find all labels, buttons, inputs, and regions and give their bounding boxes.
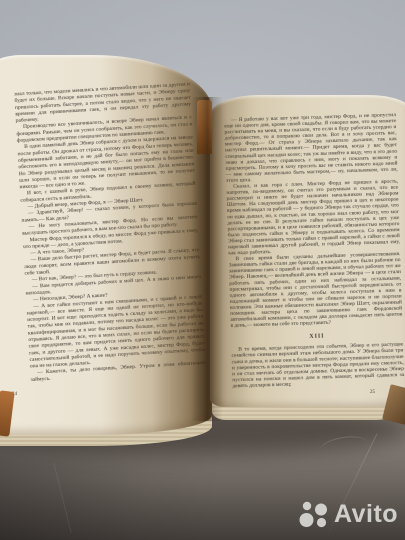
right-page: — Я работаю у вас вот уже три года, мист… [210, 95, 405, 407]
book-listing-photo: знал только, что модели менялись и что а… [0, 0, 405, 540]
paragraph: знал только, что модели менялись и что а… [14, 81, 192, 124]
avito-watermark: Avito [299, 496, 398, 532]
gutter-shadow [191, 97, 223, 421]
paragraph: — Вам придется добирать рабочих в мой це… [25, 273, 201, 296]
paragraph: — А вот гайки поступают к нам смешанными… [26, 293, 206, 370]
paragraph: — Я работаю у вас вот уже три года, мист… [224, 112, 398, 184]
paragraph: — Здравствуй, Эбнер! — сказал хозяин, у … [21, 200, 197, 223]
paragraph: Производство все увеличивалось, и вскоре… [16, 114, 193, 144]
paragraph: Мистер Форд торопился к обеду, но миссис… [22, 227, 198, 250]
paragraph: — Вот как, Эбнер? — это был путь к сердц… [25, 267, 201, 284]
watermark-text: Avito [334, 502, 398, 527]
avito-logo-icon [299, 499, 330, 530]
chapter-heading: XIII [231, 331, 403, 342]
paragraph: Сказал, и как гора с плеч. Мистер Форд н… [226, 178, 400, 256]
paragraph: — Ваше дело быстро растет, мистер Форд, … [24, 247, 201, 277]
left-page-text: знал только, что модели менялись и что а… [14, 81, 207, 383]
right-page-text: — Я работаю у вас вот уже три года, мист… [224, 112, 404, 389]
paragraph: — Кажется, ты дело говоришь, Эбнер. Утро… [30, 360, 206, 383]
paragraph: — Добрый вечер, мистер Форд, я — Эбнер Ш… [21, 194, 197, 211]
paragraph: И вот, с шапкой в руке, Эбнер подошел к … [20, 180, 196, 203]
paragraph: — Неполадки, Эбнер? А какие? [26, 287, 202, 304]
paragraph: В то время, когда происходили эти событи… [231, 341, 404, 389]
paragraph: — Не могу пожаловаться, мистер Форд. Но … [22, 214, 198, 237]
page-number-right: 25 [370, 389, 375, 395]
paragraph: В один памятный день Эбнер собрался с ду… [17, 134, 195, 191]
paragraph: В свое время были сделаны дальнейшие усо… [228, 251, 402, 329]
left-page: знал только, что модели менялись и что а… [0, 55, 212, 435]
paragraph: — А что такое, Эбнер? [23, 240, 199, 257]
